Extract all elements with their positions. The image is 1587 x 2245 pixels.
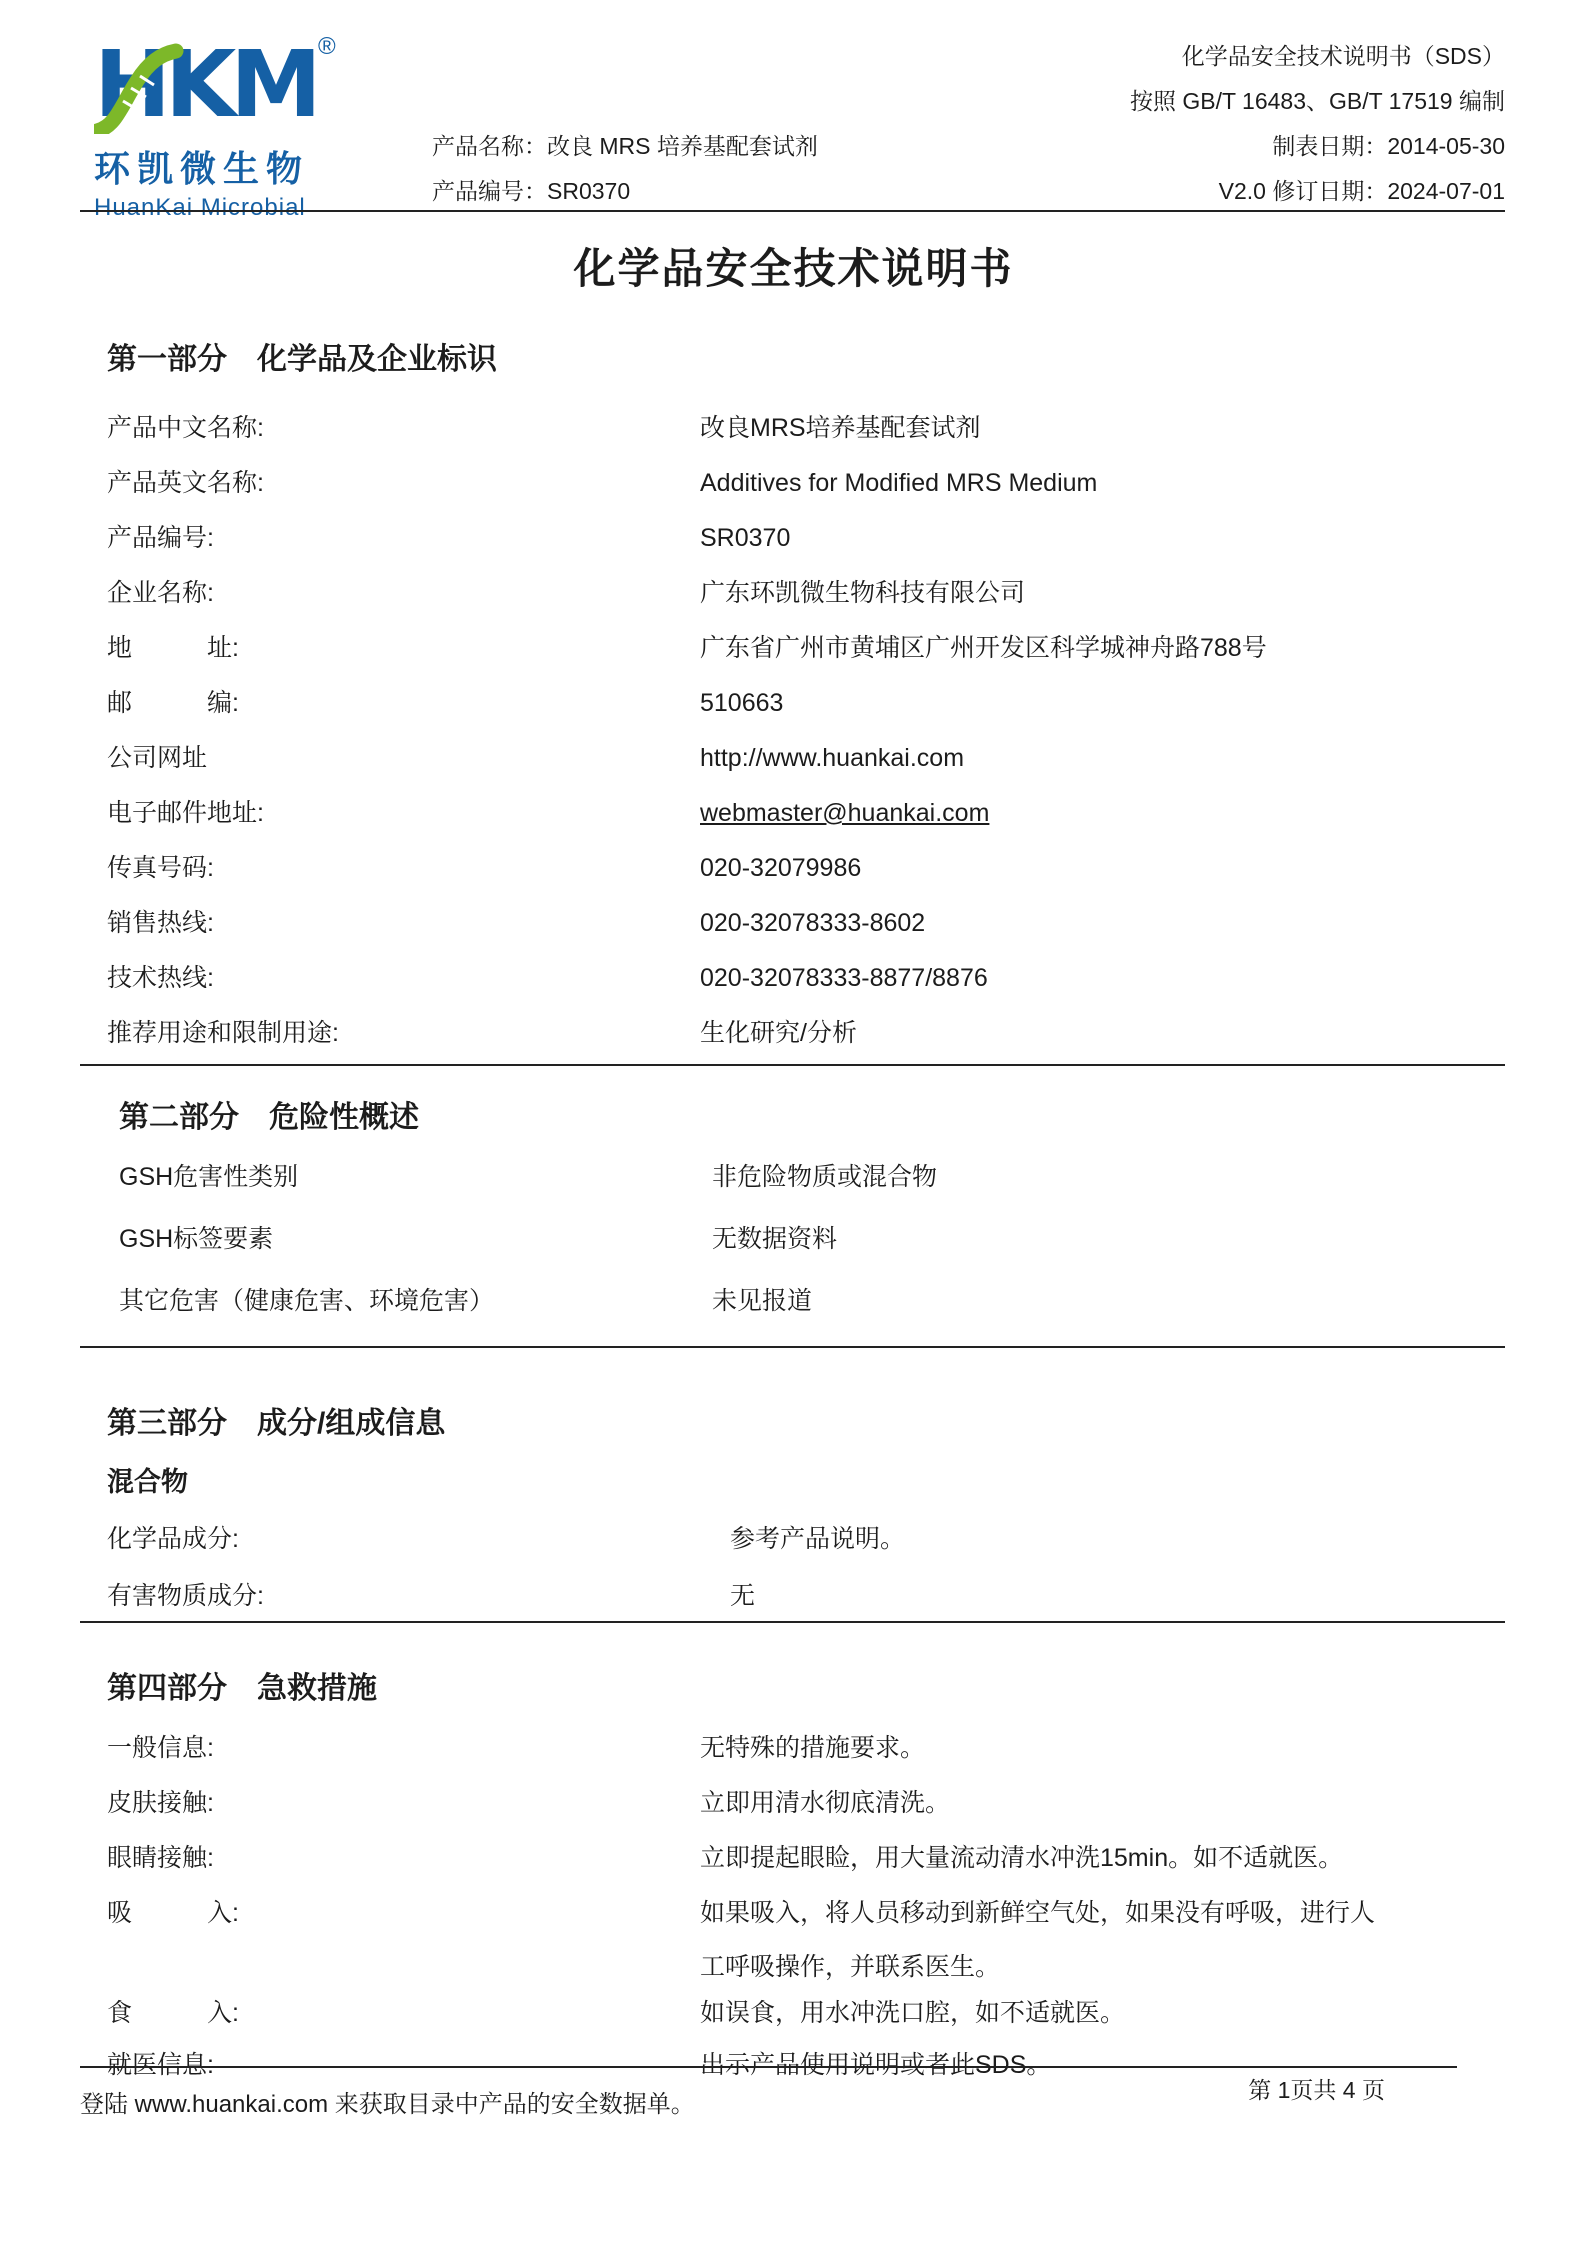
- row-other-hazards: 其它危害（健康危害、环境危害） 未见报道: [92, 1286, 1505, 1316]
- field-value: 非危险物质或混合物: [712, 1162, 937, 1192]
- row-website: 公司网址 http://www.huankai.com: [80, 743, 1505, 773]
- row-sales-hotline: 销售热线: 020-32078333-8602: [80, 908, 1505, 938]
- mixture-subheading: 混合物: [80, 1467, 1505, 1497]
- field-value: 立即提起眼睑，用大量流动清水冲洗15min。如不适就医。: [700, 1843, 1343, 1873]
- header-product-code: 产品编号：SR0370: [432, 169, 818, 214]
- field-label: 企业名称:: [107, 578, 700, 608]
- row-gsh-class: GSH危害性类别 非危险物质或混合物: [92, 1162, 1505, 1192]
- email-link[interactable]: webmaster@huankai.com: [700, 798, 989, 828]
- field-value: 020-32078333-8877/8876: [700, 963, 988, 993]
- website-url: http://www.huankai.com: [700, 743, 964, 773]
- field-value: 立即用清水彻底清洗。: [700, 1788, 950, 1818]
- field-value: 生化研究/分析: [700, 1018, 857, 1048]
- section-first-aid: 第四部分 急救措施 一般信息: 无特殊的措施要求。 皮肤接触: 立即用清水彻底清…: [80, 1671, 1505, 2080]
- field-label: 电子邮件地址:: [107, 798, 700, 828]
- document-body: 第一部分 化学品及企业标识 产品中文名称: 改良MRS培养基配套试剂 产品英文名…: [80, 336, 1505, 2080]
- field-label: 吸 入:: [107, 1898, 700, 1994]
- field-label: 传真号码:: [107, 853, 700, 883]
- logo-company-name-cn: 环凯微生物: [94, 141, 354, 192]
- field-value: 参考产品说明。: [730, 1524, 905, 1554]
- field-value: 广东省广州市黄埔区广州开发区科学城神舟路788号: [700, 633, 1267, 663]
- field-value: 未见报道: [712, 1286, 812, 1316]
- header-divider: [80, 210, 1505, 212]
- row-tech-hotline: 技术热线: 020-32078333-8877/8876: [80, 963, 1505, 993]
- field-label: 皮肤接触:: [107, 1788, 700, 1818]
- row-inhalation: 吸 入: 如果吸入，将人员移动到新鲜空气处，如果没有呼吸，进行人 工呼吸操作，并…: [80, 1898, 1505, 1994]
- row-address: 地 址: 广东省广州市黄埔区广州开发区科学城神舟路788号: [80, 633, 1505, 663]
- row-email: 电子邮件地址: webmaster@huankai.com: [80, 798, 1505, 828]
- row-skin-contact: 皮肤接触: 立即用清水彻底清洗。: [80, 1788, 1505, 1818]
- section-1-heading: 第一部分 化学品及企业标识: [80, 342, 1505, 377]
- row-chemical-composition: 化学品成分: 参考产品说明。: [80, 1524, 1505, 1554]
- row-fax: 传真号码: 020-32079986: [80, 853, 1505, 883]
- registered-trademark-icon: ®: [318, 33, 336, 60]
- page-indicator: 第 1页共 4 页: [1248, 2072, 1385, 2105]
- section-identification: 第一部分 化学品及企业标识 产品中文名称: 改良MRS培养基配套试剂 产品英文名…: [80, 342, 1505, 1066]
- page-footer: 登陆 www.huankai.com 来获取目录中产品的安全数据单。 第 1页共…: [80, 2066, 1505, 2119]
- company-logo: HKM ® 环凯微生物 HuanKai Microbial: [94, 28, 354, 222]
- section-2-heading: 第二部分 危险性概述: [92, 1100, 1505, 1135]
- field-label: 邮 编:: [107, 688, 700, 718]
- document-header: HKM ® 环凯微生物 HuanKai Microbial 产品名称：改良 MR…: [80, 28, 1505, 210]
- row-product-en-name: 产品英文名称: Additives for Modified MRS Mediu…: [80, 468, 1505, 498]
- field-label: 食 入:: [107, 1998, 700, 2028]
- field-label: 技术热线:: [107, 963, 700, 993]
- field-label: 推荐用途和限制用途:: [107, 1018, 700, 1048]
- field-label: 产品中文名称:: [107, 413, 700, 443]
- header-created-date: 制表日期：2014-05-30: [1130, 124, 1505, 169]
- field-value: 无数据资料: [712, 1224, 837, 1254]
- row-product-code: 产品编号: SR0370: [80, 523, 1505, 553]
- field-value: 广东环凯微生物科技有限公司: [700, 578, 1025, 608]
- section-composition: 第三部分 成分/组成信息 混合物 化学品成分: 参考产品说明。 有害物质成分: …: [80, 1406, 1505, 1623]
- section-divider: [80, 1346, 1505, 1348]
- row-general-info: 一般信息: 无特殊的措施要求。: [80, 1733, 1505, 1763]
- field-value: 020-32079986: [700, 853, 861, 883]
- row-eye-contact: 眼睛接触: 立即提起眼睑，用大量流动清水冲洗15min。如不适就医。: [80, 1843, 1505, 1873]
- field-value: 无: [730, 1581, 755, 1611]
- footer-note: 登陆 www.huankai.com 来获取目录中产品的安全数据单。: [80, 2084, 695, 2119]
- field-label: 一般信息:: [107, 1733, 700, 1763]
- header-product-name: 产品名称：改良 MRS 培养基配套试剂: [432, 124, 818, 169]
- field-label: 地 址:: [107, 633, 700, 663]
- page-title: 化学品安全技术说明书: [0, 236, 1587, 296]
- field-label: GSH危害性类别: [119, 1162, 712, 1192]
- field-label: 产品英文名称:: [107, 468, 700, 498]
- header-meta-block: 化学品安全技术说明书（SDS） 按照 GB/T 16483、GB/T 17519…: [1130, 34, 1505, 214]
- field-value: 改良MRS培养基配套试剂: [700, 413, 981, 443]
- field-value: Additives for Modified MRS Medium: [700, 468, 1097, 498]
- row-postcode: 邮 编: 510663: [80, 688, 1505, 718]
- field-label: 公司网址: [107, 743, 700, 773]
- header-revised-date: V2.0 修订日期：2024-07-01: [1130, 169, 1505, 214]
- section-hazards: 第二部分 危险性概述 GSH危害性类别 非危险物质或混合物 GSH标签要素 无数…: [80, 1100, 1505, 1348]
- field-value: 510663: [700, 688, 783, 718]
- row-company-name: 企业名称: 广东环凯微生物科技有限公司: [80, 578, 1505, 608]
- field-label: 产品编号:: [107, 523, 700, 553]
- header-doc-type: 化学品安全技术说明书（SDS）: [1130, 34, 1505, 79]
- header-standard-note: 按照 GB/T 16483、GB/T 17519 编制: [1130, 79, 1505, 124]
- section-divider: [80, 1621, 1505, 1623]
- field-label: 其它危害（健康危害、环境危害）: [119, 1286, 712, 1316]
- row-gsh-label-elements: GSH标签要素 无数据资料: [92, 1224, 1505, 1254]
- hkm-logo-icon: HKM ®: [94, 28, 344, 134]
- field-value: SR0370: [700, 523, 790, 553]
- row-ingestion: 食 入: 如误食，用水冲洗口腔，如不适就医。: [80, 1998, 1505, 2028]
- field-label: 化学品成分:: [107, 1524, 730, 1554]
- field-value: 020-32078333-8602: [700, 908, 925, 938]
- field-label: 销售热线:: [107, 908, 700, 938]
- row-hazardous-components: 有害物质成分: 无: [80, 1581, 1505, 1611]
- header-product-block: 产品名称：改良 MRS 培养基配套试剂 产品编号：SR0370: [432, 124, 818, 214]
- section-divider: [80, 1064, 1505, 1066]
- logo-company-name-en: HuanKai Microbial: [94, 194, 354, 222]
- sds-document-page: HKM ® 环凯微生物 HuanKai Microbial 产品名称：改良 MR…: [0, 0, 1587, 2245]
- field-value: 如果吸入，将人员移动到新鲜空气处，如果没有呼吸，进行人 工呼吸操作，并联系医生。: [700, 1886, 1375, 1994]
- field-value: 如误食，用水冲洗口腔，如不适就医。: [700, 1998, 1125, 2028]
- field-value: 无特殊的措施要求。: [700, 1733, 925, 1763]
- row-recommended-use: 推荐用途和限制用途: 生化研究/分析: [80, 1018, 1505, 1048]
- field-label: 有害物质成分:: [107, 1581, 730, 1611]
- field-label: 眼睛接触:: [107, 1843, 700, 1873]
- section-4-heading: 第四部分 急救措施: [80, 1671, 1505, 1706]
- row-product-cn-name: 产品中文名称: 改良MRS培养基配套试剂: [80, 413, 1505, 443]
- section-3-heading: 第三部分 成分/组成信息: [80, 1406, 1505, 1441]
- field-label: GSH标签要素: [119, 1224, 712, 1254]
